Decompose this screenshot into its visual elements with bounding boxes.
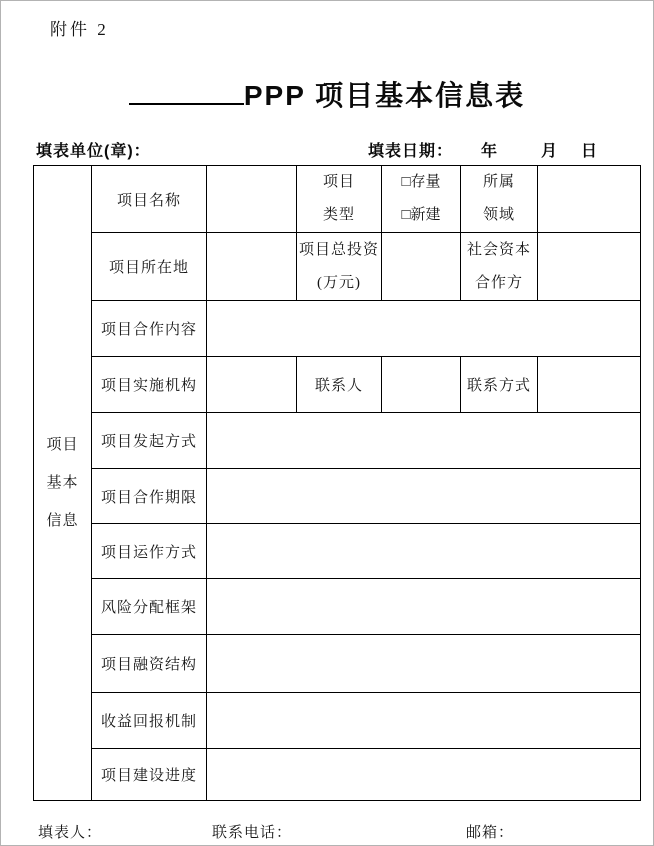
input-cell-risk-allocation-framework[interactable] bbox=[207, 579, 641, 635]
input-cell-total-investment[interactable] bbox=[382, 233, 461, 301]
row-label-project-type: 项目 类型 bbox=[297, 166, 382, 233]
row-label-financing-structure: 项目融资结构 bbox=[92, 635, 207, 693]
row-label-project-name: 项目名称 bbox=[92, 166, 207, 233]
row-label-cooperation-content: 项目合作内容 bbox=[92, 301, 207, 357]
table-row: 项目建设进度 bbox=[34, 749, 641, 801]
input-cell-contact-method[interactable] bbox=[538, 357, 641, 413]
row-label-initiation-method: 项目发起方式 bbox=[92, 413, 207, 469]
table-row: 项目实施机构 联系人 联系方式 bbox=[34, 357, 641, 413]
title-blank-line bbox=[129, 77, 244, 105]
input-cell-contact-person[interactable] bbox=[382, 357, 461, 413]
input-cell-financing-structure[interactable] bbox=[207, 635, 641, 693]
attachment-label: 附件 2 bbox=[50, 15, 109, 40]
row-label-construction-progress: 项目建设进度 bbox=[92, 749, 207, 801]
row-label-line: 类型 bbox=[297, 199, 381, 232]
date-year-label: 年 bbox=[481, 138, 498, 161]
checkbox-existing-option[interactable]: □存量 bbox=[382, 166, 460, 199]
row-label-operation-mode: 项目运作方式 bbox=[92, 524, 207, 579]
row-label-implementing-agency: 项目实施机构 bbox=[92, 357, 207, 413]
document-page: 附件 2 PPP 项目基本信息表 填表单位(章)： 填表日期： 年 月 日 项目… bbox=[0, 0, 654, 846]
row-label-cooperation-period: 项目合作期限 bbox=[92, 469, 207, 524]
row-label-contact-method: 联系方式 bbox=[461, 357, 538, 413]
row-label-return-mechanism: 收益回报机制 bbox=[92, 693, 207, 749]
form-date-label: 填表日期： bbox=[368, 138, 453, 161]
side-label-line: 项目 bbox=[34, 426, 91, 464]
row-label-sector: 所属 领域 bbox=[461, 166, 538, 233]
row-label-risk-allocation-framework: 风险分配框架 bbox=[92, 579, 207, 635]
input-cell-social-capital-partner[interactable] bbox=[538, 233, 641, 301]
page-title: PPP 项目基本信息表 bbox=[244, 80, 525, 111]
input-cell-sector[interactable] bbox=[538, 166, 641, 233]
title-row: PPP 项目基本信息表 bbox=[0, 74, 654, 114]
form-unit-label: 填表单位(章)： bbox=[36, 138, 151, 161]
table-row: 项目合作期限 bbox=[34, 469, 641, 524]
input-cell-implementing-agency[interactable] bbox=[207, 357, 297, 413]
footer-filler-label: 填表人： bbox=[38, 821, 102, 842]
row-label-line: 项目 bbox=[297, 166, 381, 199]
date-day-label: 日 bbox=[581, 138, 598, 161]
table-row: 项目运作方式 bbox=[34, 524, 641, 579]
row-label-project-location: 项目所在地 bbox=[92, 233, 207, 301]
footer-email-label: 邮箱： bbox=[466, 821, 514, 842]
row-label-line: 社会资本 bbox=[461, 234, 537, 267]
table-row: 项目所在地 项目总投资 (万元) 社会资本 合作方 bbox=[34, 233, 641, 301]
table-row: 项目融资结构 bbox=[34, 635, 641, 693]
table-row: 风险分配框架 bbox=[34, 579, 641, 635]
row-label-line: 合作方 bbox=[461, 267, 537, 300]
side-label-line: 信息 bbox=[34, 502, 91, 540]
table-row: 收益回报机制 bbox=[34, 693, 641, 749]
project-type-checkbox-cell: □存量 □新建 bbox=[382, 166, 461, 233]
row-label-line: (万元) bbox=[297, 267, 381, 300]
row-label-line: 领域 bbox=[461, 199, 537, 232]
checkbox-new-option[interactable]: □新建 bbox=[382, 199, 460, 232]
input-cell-construction-progress[interactable] bbox=[207, 749, 641, 801]
side-label-project-basic-info: 项目 基本 信息 bbox=[34, 166, 92, 801]
input-cell-operation-mode[interactable] bbox=[207, 524, 641, 579]
date-month-label: 月 bbox=[541, 138, 558, 161]
table-row: 项目发起方式 bbox=[34, 413, 641, 469]
input-cell-initiation-method[interactable] bbox=[207, 413, 641, 469]
project-info-table: 项目 基本 信息 项目名称 项目 类型 □存量 □新建 所属 领域 项目所在地 bbox=[33, 165, 641, 801]
table-row: 项目合作内容 bbox=[34, 301, 641, 357]
footer-phone-label: 联系电话： bbox=[212, 821, 292, 842]
input-cell-cooperation-period[interactable] bbox=[207, 469, 641, 524]
row-label-line: 项目总投资 bbox=[297, 234, 381, 267]
row-label-social-capital-partner: 社会资本 合作方 bbox=[461, 233, 538, 301]
input-cell-project-name[interactable] bbox=[207, 166, 297, 233]
table-row: 项目 基本 信息 项目名称 项目 类型 □存量 □新建 所属 领域 bbox=[34, 166, 641, 233]
row-label-line: 所属 bbox=[461, 166, 537, 199]
row-label-total-investment: 项目总投资 (万元) bbox=[297, 233, 382, 301]
input-cell-cooperation-content[interactable] bbox=[207, 301, 641, 357]
row-label-contact-person: 联系人 bbox=[297, 357, 382, 413]
input-cell-project-location[interactable] bbox=[207, 233, 297, 301]
input-cell-return-mechanism[interactable] bbox=[207, 693, 641, 749]
side-label-line: 基本 bbox=[34, 464, 91, 502]
